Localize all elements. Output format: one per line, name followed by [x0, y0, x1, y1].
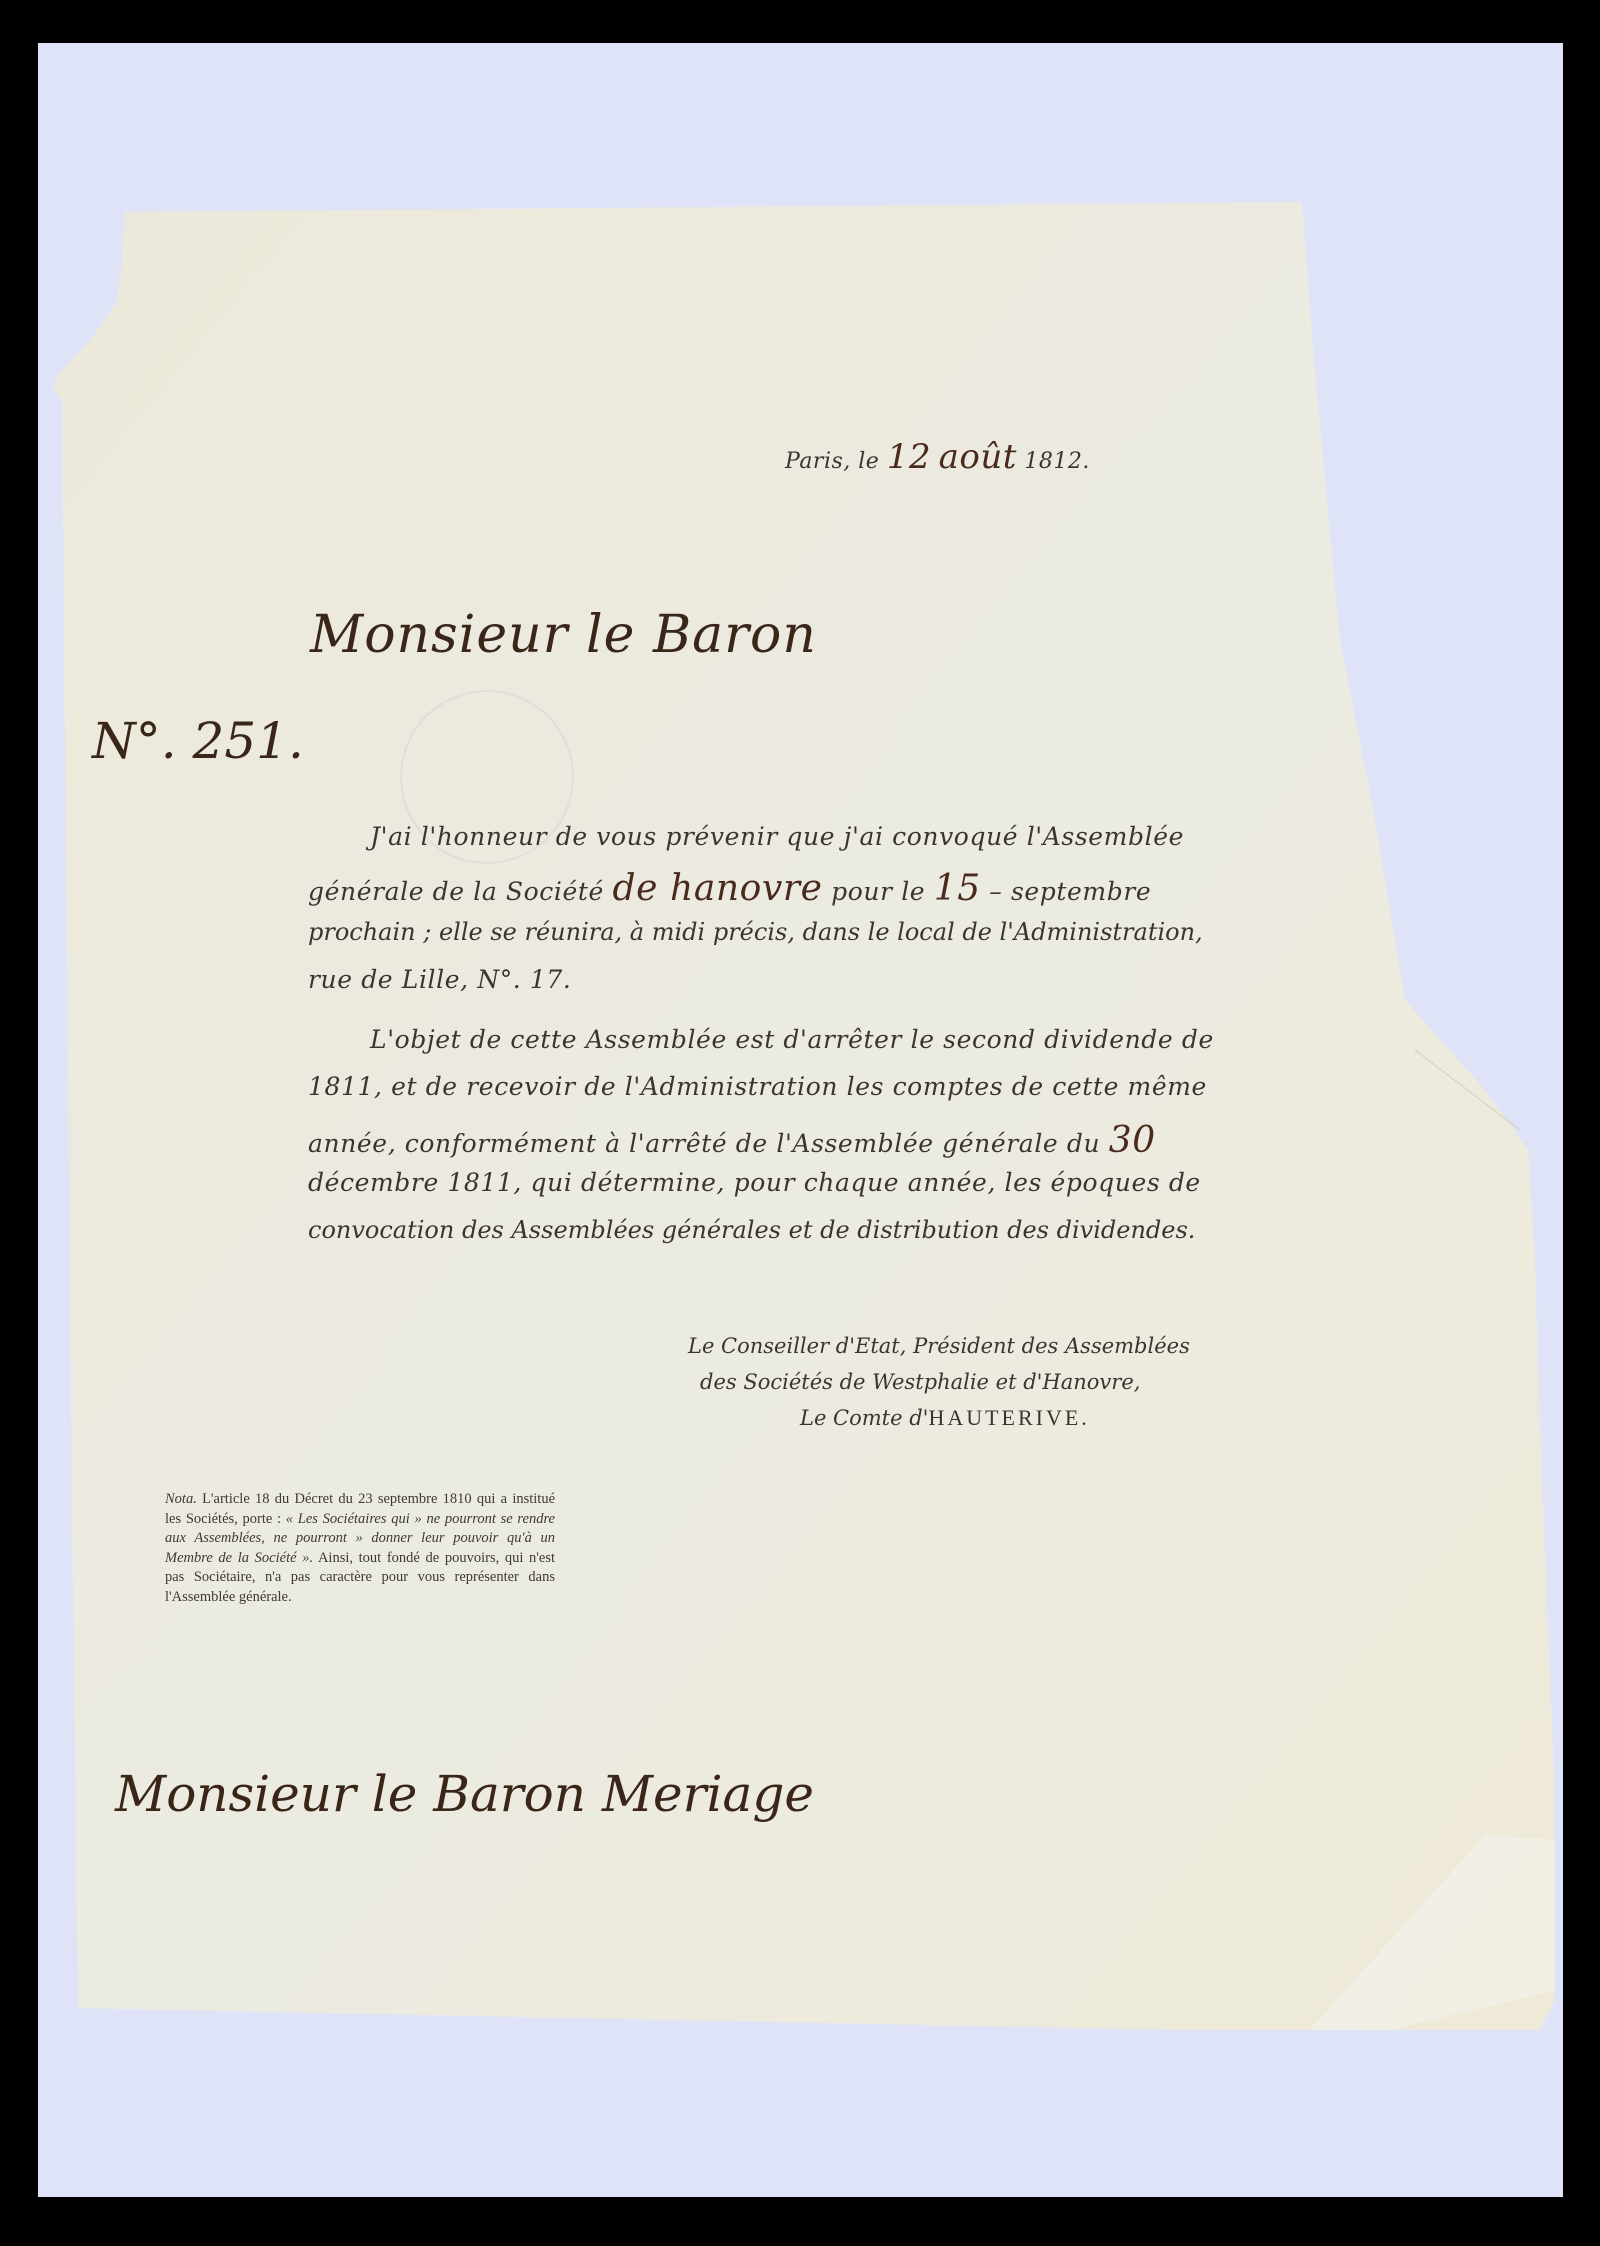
signature-title-line1: Le Conseiller d'Etat, Président des Asse…	[688, 1334, 1190, 1358]
decree-day-handwritten: 30	[1109, 1120, 1156, 1161]
body-p2-line3: année, conformément à l'arrêté de l'Asse…	[308, 1120, 1156, 1161]
signature-title-line2: des Sociétés de Westphalie et d'Hanovre,	[700, 1370, 1140, 1394]
body-p1-line2-middle: pour le	[831, 877, 925, 906]
dateline-month: août	[939, 437, 1017, 477]
body-p1-line2: générale de la Société de hanovre pour l…	[308, 868, 1151, 909]
body-p2-line4: décembre 1811, qui détermine, pour chaqu…	[308, 1168, 1201, 1197]
body-p2-line2: 1811, et de recevoir de l'Administration…	[308, 1072, 1207, 1101]
body-p1-line3: prochain ; elle se réunira, à midi préci…	[308, 918, 1203, 946]
body-p1-line1: J'ai l'honneur de vous prévenir que j'ai…	[370, 822, 1184, 851]
society-name-handwritten: de hanovre	[612, 868, 822, 909]
reference-number: N°. 251.	[92, 712, 304, 770]
dateline-prefix: Paris, le	[785, 449, 879, 474]
signature-surname: HAUTERIVE.	[928, 1405, 1089, 1430]
dateline-day: 12	[887, 437, 931, 477]
signature-name-prefix: Le Comte d'	[800, 1406, 928, 1430]
dateline-year: 1812.	[1024, 449, 1089, 474]
addressee: Monsieur le Baron Meriage	[115, 1765, 814, 1823]
nota-footnote: Nota. L'article 18 du Décret du 23 septe…	[165, 1490, 555, 1607]
salutation: Monsieur le Baron	[310, 605, 817, 665]
body-p2-line3-prefix: année, conformément à l'arrêté de l'Asse…	[308, 1129, 1100, 1158]
nota-label: Nota.	[165, 1491, 197, 1507]
signature-name: Le Comte d'HAUTERIVE.	[800, 1405, 1090, 1431]
body-p2-line1: L'objet de cette Assemblée est d'arrêter…	[370, 1025, 1214, 1054]
body-p1-line2-suffix: – septembre	[989, 877, 1151, 906]
body-p1-line4: rue de Lille, N°. 17.	[308, 965, 571, 994]
body-p1-line2-prefix: générale de la Société	[308, 877, 604, 906]
meeting-day-handwritten: 15	[934, 868, 981, 909]
body-p2-line5: convocation des Assemblées générales et …	[308, 1216, 1195, 1244]
dateline: Paris, le 12 août 1812.	[785, 437, 1090, 477]
